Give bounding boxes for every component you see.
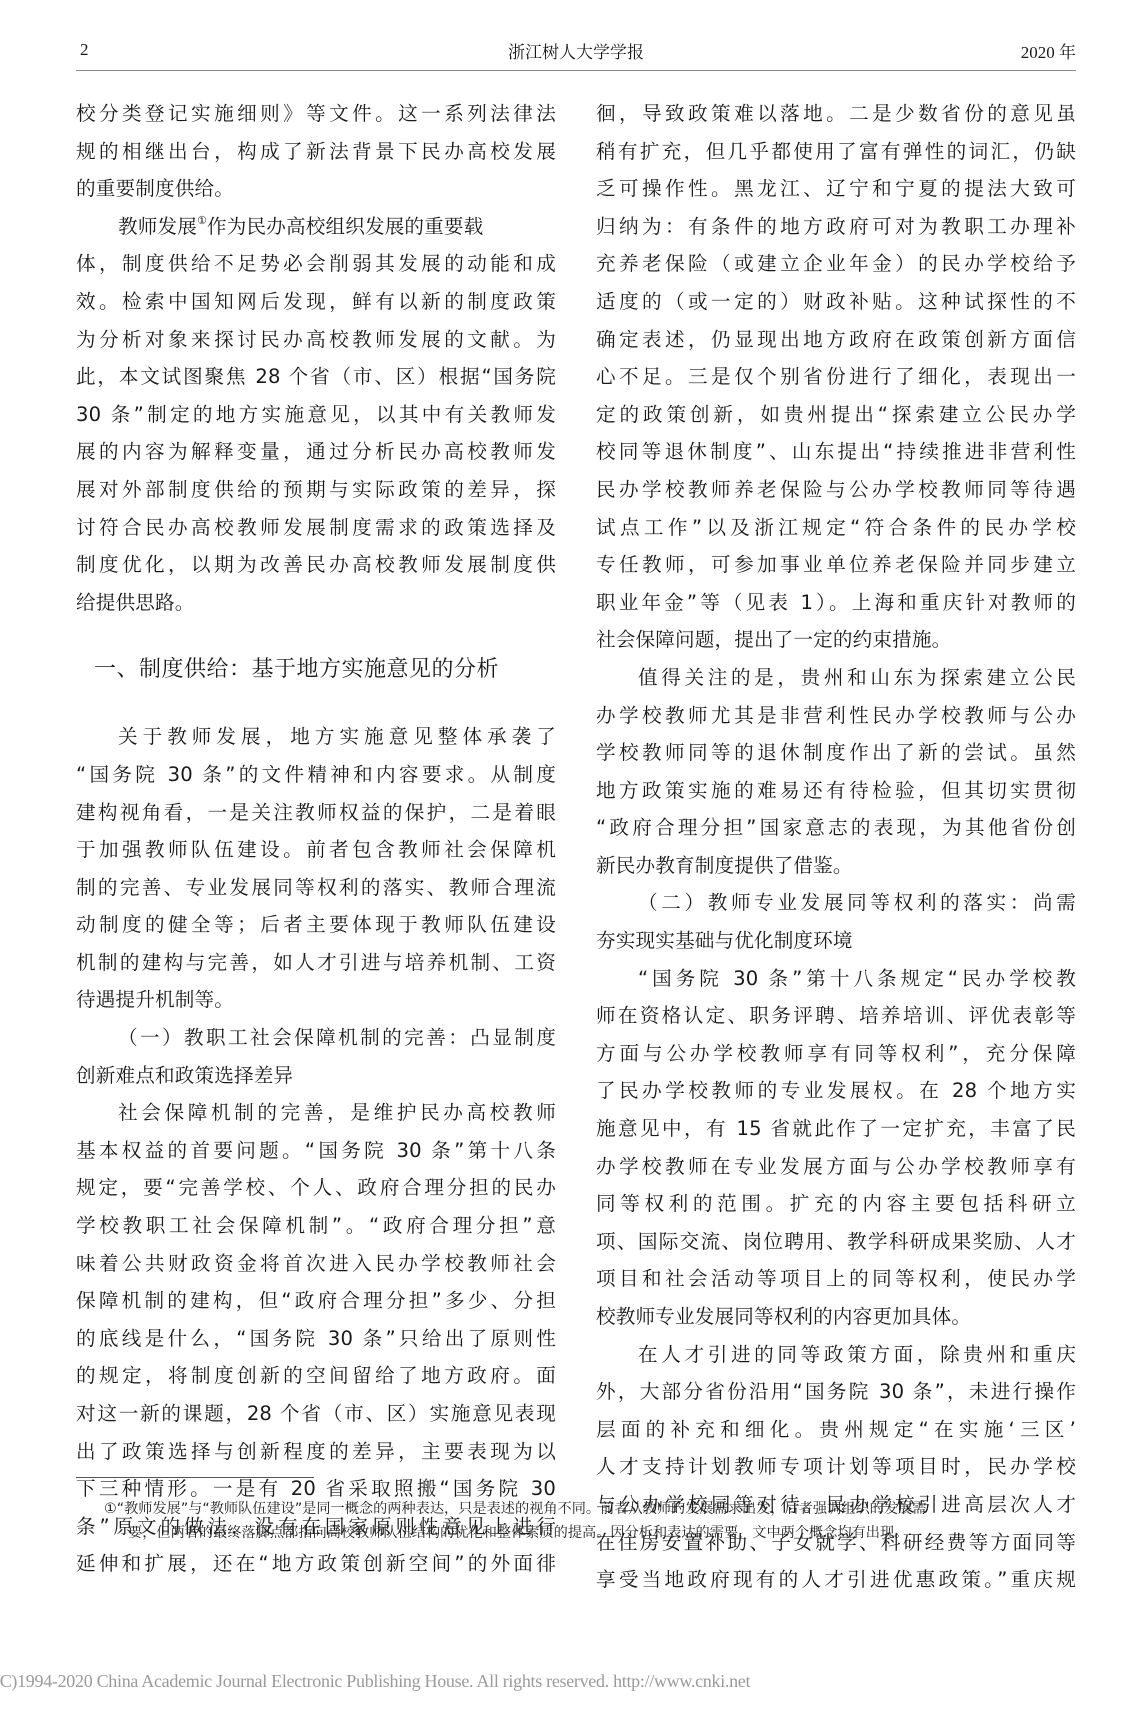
- text-line: 机制的建构与完善，如人才引进与培养机制、工资: [76, 944, 556, 982]
- paragraph-5: 徊，导致政策难以落地。二是少数省份的意见虽 稍有扩充，但几乎都使用了富有弹性的词…: [596, 95, 1076, 659]
- text-line: 此，本文试图聚焦 28 个省（市、区）根据“国务院: [76, 358, 556, 396]
- paragraph-3: 关于教师发展，地方实施意见整体承袭了 “国务院 30 条”的文件精神和内容要求。…: [76, 718, 556, 1019]
- text-line: 基本权益的首要问题。“国务院 30 条”第十八条: [76, 1132, 556, 1170]
- text-line: 试点工作”以及浙江规定“符合条件的民办学校: [596, 509, 1076, 547]
- publication-year: 2020 年: [1021, 38, 1076, 63]
- footnote-marker[interactable]: ①: [197, 214, 207, 227]
- text-line: 的重要制度供给。: [76, 170, 556, 208]
- text-line: “国务院 30 条”的文件精神和内容要求。从制度: [76, 756, 556, 794]
- footnote-line: 要，但两者的最终落脚点都指向高校教师队伍结构的优化和整体素质的提高。因分析和表达…: [104, 1521, 1054, 1545]
- text-line: 30 条”制定的地方实施意见，以其中有关教师发: [76, 396, 556, 434]
- section-heading: 一、制度供给：基于地方实施意见的分析: [94, 647, 556, 692]
- text-line: 值得关注的是，贵州和山东为探索建立公民: [596, 659, 1076, 697]
- text-span: 作为民办高校组织发展的重要载: [207, 215, 483, 238]
- footnote-divider: [76, 1477, 314, 1478]
- text-line: 规定，要“完善学校、个人、政府合理分担的民办: [76, 1169, 556, 1207]
- text-line: 社会保障机制的完善，是维护民办高校教师: [76, 1094, 556, 1132]
- footnote: ①“教师发展”与“教师队伍建设”是同一概念的两种表达，只是表述的视角不同。前者从…: [104, 1497, 1054, 1545]
- text-line: 的底线是什么，“国务院 30 条”只给出了原则性: [76, 1320, 556, 1358]
- text-line: 出了政策选择与创新程度的差异，主要表现为以: [76, 1433, 556, 1471]
- text-line: 施意见中，有 15 省就此作了一定扩充，丰富了民: [596, 1110, 1076, 1148]
- paragraph-7: “国务院 30 条”第十八条规定“民办学校教 师在资格认定、职务评聘、培养培训、…: [596, 960, 1076, 1336]
- text-line: 项、国际交流、岗位聘用、教学科研成果奖励、人才: [596, 1223, 1076, 1261]
- left-column: 校分类登记实施细则》等文件。这一系列法律法 规的相继出台，构成了新法背景下民办高…: [76, 95, 556, 1583]
- text-line: 师在资格认定、职务评聘、培养培训、评优表彰等: [596, 997, 1076, 1035]
- text-line: 民办学校教师养老保险与公办学校教师同等待遇: [596, 471, 1076, 509]
- text-line: 制的完善、专业发展同等权利的落实、教师合理流: [76, 869, 556, 907]
- text-line: 体，制度供给不足势必会削弱其发展的动能和成: [76, 245, 556, 283]
- text-line: 味着公共财政资金将首次进入民办学校教师社会: [76, 1245, 556, 1283]
- text-line: 教师发展①作为民办高校组织发展的重要载: [76, 208, 556, 246]
- text-line: 延伸和扩展，还在“地方政策创新空间”的外面徘: [76, 1545, 556, 1583]
- text-line: 关于教师发展，地方实施意见整体承袭了: [76, 718, 556, 756]
- text-line: 新民办教育制度提供了借鉴。: [596, 847, 1076, 885]
- text-line: “国务院 30 条”第十八条规定“民办学校教: [596, 960, 1076, 998]
- text-line: 制度优化，以期为改善民办高校教师发展制度供: [76, 546, 556, 584]
- text-line: 对这一新的课题，28 个省（市、区）实施意见表现: [76, 1395, 556, 1433]
- text-line: 乏可操作性。黑龙江、辽宁和宁夏的提法大致可: [596, 170, 1076, 208]
- text-line: 夯实现实基础与优化制度环境: [596, 922, 1076, 960]
- text-line: 享受当地政府现有的人才引进优惠政策。”重庆规: [596, 1561, 1076, 1599]
- text-line: 外，大部分省份沿用“国务院 30 条”，未进行操作: [596, 1373, 1076, 1411]
- text-line: 动制度的健全等；后者主要体现于教师队伍建设: [76, 906, 556, 944]
- text-line: 人才支持计划教师专项计划等项目时，民办学校: [596, 1448, 1076, 1486]
- text-line: 建构视角看，一是关注教师权益的保护，二是着眼: [76, 794, 556, 832]
- paragraph-6: 值得关注的是，贵州和山东为探索建立公民 办学校教师尤其是非营利性民办学校教师与公…: [596, 659, 1076, 885]
- text-line: 层面的补充和细化。贵州规定“在实施‘三区’: [596, 1411, 1076, 1449]
- text-line: 于加强教师队伍建设。前者包含教师社会保障机: [76, 831, 556, 869]
- text-line: 心不足。三是仅个别省份进行了细化，表现出一: [596, 358, 1076, 396]
- text-line: 学校教职工社会保障机制”。“政府合理分担”意: [76, 1207, 556, 1245]
- text-line: 同等权利的范围。扩充的内容主要包括科研立: [596, 1185, 1076, 1223]
- journal-title: 浙江树人大学学报: [76, 38, 1076, 63]
- running-header: 2 浙江树人大学学报 2020 年: [76, 36, 1076, 71]
- paragraph-1: 校分类登记实施细则》等文件。这一系列法律法 规的相继出台，构成了新法背景下民办高…: [76, 95, 556, 208]
- text-line: 稍有扩充，但几乎都使用了富有弹性的词汇，仍缺: [596, 133, 1076, 171]
- text-line: 办学校教师尤其是非营利性民办学校教师与公办: [596, 697, 1076, 735]
- text-line: 学校教师同等的退休制度作出了新的尝试。虽然: [596, 734, 1076, 772]
- text-line: 效。检索中国知网后发现，鲜有以新的制度政策: [76, 283, 556, 321]
- text-line: 徊，导致政策难以落地。二是少数省份的意见虽: [596, 95, 1076, 133]
- text-line: 创新难点和政策选择差异: [76, 1057, 556, 1095]
- text-line: 待遇提升机制等。: [76, 981, 556, 1019]
- text-line: 在人才引进的同等政策方面，除贵州和重庆: [596, 1336, 1076, 1374]
- subsection-heading-2: （二）教师专业发展同等权利的落实：尚需 夯实现实基础与优化制度环境: [596, 884, 1076, 959]
- text-line: 社会保障问题，提出了一定的约束措施。: [596, 621, 1076, 659]
- text-line: 展对外部制度供给的预期与实际政策的差异，探: [76, 471, 556, 509]
- text-line: 办学校教师在专业发展方面与公办学校教师享有: [596, 1148, 1076, 1186]
- text-line: 校分类登记实施细则》等文件。这一系列法律法: [76, 95, 556, 133]
- text-line: 校同等退休制度”、山东提出“持续推进非营利性: [596, 433, 1076, 471]
- text-line: 职业年金”等（见表 1）。上海和重庆针对教师的: [596, 584, 1076, 622]
- text-span: 教师发展: [118, 215, 197, 238]
- paragraph-2: 教师发展①作为民办高校组织发展的重要载 体，制度供给不足势必会削弱其发展的动能和…: [76, 208, 556, 622]
- footnote-line: ①“教师发展”与“教师队伍建设”是同一概念的两种表达，只是表述的视角不同。前者从…: [104, 1497, 1054, 1521]
- text-line: 保障机制的建构，但“政府合理分担”多少、分担: [76, 1282, 556, 1320]
- text-line: “政府合理分担”国家意志的表现，为其他省份创: [596, 809, 1076, 847]
- text-line: 定的政策创新，如贵州提出“探索建立公民办学: [596, 396, 1076, 434]
- text-line: 地方政策实施的难易还有待检验，但其切实贯彻: [596, 772, 1076, 810]
- text-line: 校教师专业发展同等权利的内容更加具体。: [596, 1298, 1076, 1336]
- text-line: 了民办学校教师的专业发展权。在 28 个地方实: [596, 1072, 1076, 1110]
- right-column: 徊，导致政策难以落地。二是少数省份的意见虽 稍有扩充，但几乎都使用了富有弹性的词…: [596, 95, 1076, 1599]
- text-line: （一）教职工社会保障机制的完善：凸显制度: [76, 1019, 556, 1057]
- text-line: 方面与公办学校教师享有同等权利”，充分保障: [596, 1035, 1076, 1073]
- text-line: 确定表述，仍显现出地方政府在政策创新方面信: [596, 321, 1076, 359]
- text-line: （二）教师专业发展同等权利的落实：尚需: [596, 884, 1076, 922]
- text-line: 归纳为：有条件的地方政府可对为教职工办理补: [596, 208, 1076, 246]
- text-line: 充养老保险（或建立企业年金）的民办学校给予: [596, 245, 1076, 283]
- text-line: 的规定，将制度创新的空间留给了地方政府。面: [76, 1357, 556, 1395]
- text-line: 讨符合民办高校教师发展制度需求的政策选择及: [76, 509, 556, 547]
- text-line: 项目和社会活动等项目上的同等权利，使民办学: [596, 1260, 1076, 1298]
- text-line: 适度的（或一定的）财政补贴。这种试探性的不: [596, 283, 1076, 321]
- copyright-notice: (C)1994-2020 China Academic Journal Elec…: [0, 1671, 750, 1692]
- text-line: 为分析对象来探讨民办高校教师发展的文献。为: [76, 321, 556, 359]
- subsection-heading-1: （一）教职工社会保障机制的完善：凸显制度 创新难点和政策选择差异: [76, 1019, 556, 1094]
- paragraph-8: 在人才引进的同等政策方面，除贵州和重庆 外，大部分省份沿用“国务院 30 条”，…: [596, 1336, 1076, 1599]
- text-line: 展的内容为解释变量，通过分析民办高校教师发: [76, 433, 556, 471]
- text-line: 给提供思路。: [76, 584, 556, 622]
- text-line: 专任教师，可参加事业单位养老保险并同步建立: [596, 546, 1076, 584]
- text-line: 规的相继出台，构成了新法背景下民办高校发展: [76, 133, 556, 171]
